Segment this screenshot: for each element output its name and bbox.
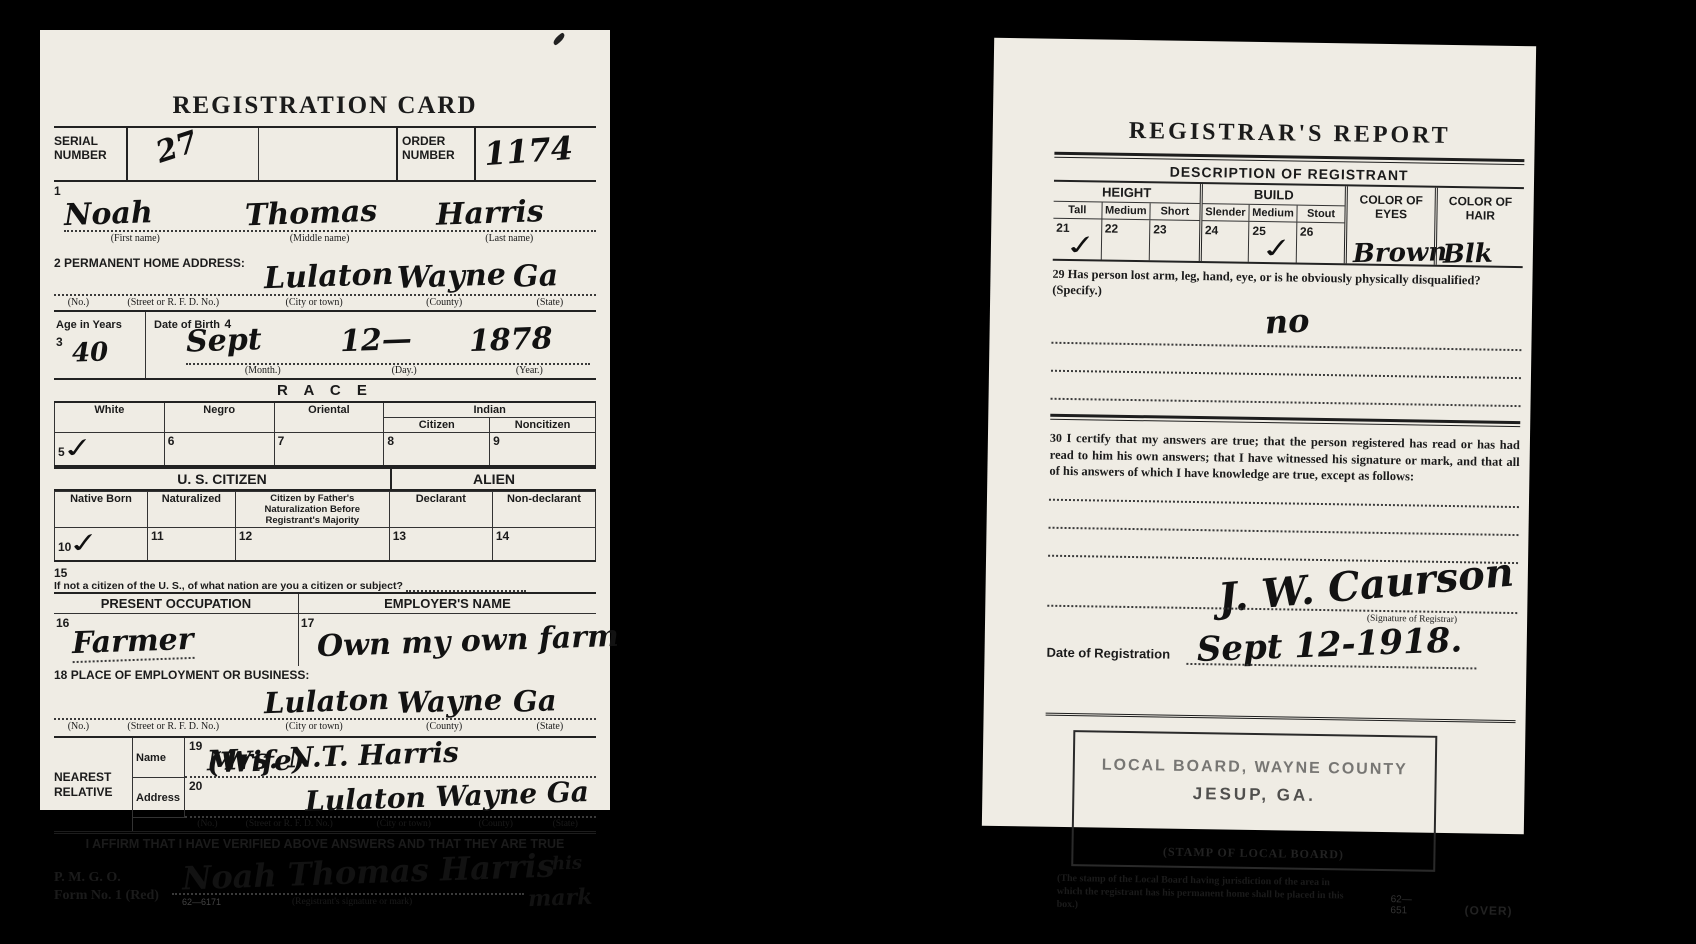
question-29: 29 Has person lost arm, leg, hand, eye, … [1052, 267, 1523, 346]
serial-number-label: SERIAL NUMBER [54, 128, 128, 180]
rule [1050, 414, 1520, 427]
serial-number-handwriting: 27 [152, 124, 203, 170]
declarant-header: Declarant [389, 492, 492, 528]
question-18-caption: 18 PLACE OF EMPLOYMENT OR BUSINESS: [54, 668, 596, 682]
year-label: (Year.) [469, 365, 590, 376]
employment-field-labels: (No.) (Street or R. F. D. No.) (City or … [54, 718, 596, 732]
stamp-section: LOCAL BOARD, WAYNE COUNTY JESUP, GA. (ST… [1043, 713, 1515, 873]
non-declarant-header: Non-declarant [492, 492, 595, 528]
relative-name-tag: Name [133, 738, 185, 778]
home-address-field: 2 PERMANENT HOME ADDRESS: Lulaton Wayne … [54, 248, 596, 294]
stamp-caption: (STAMP OF LOCAL BOARD) [1073, 843, 1433, 864]
race-white-cell: 5 ✓ [55, 433, 165, 467]
question-29-text: Has person lost arm, leg, hand, eye, or … [1068, 267, 1481, 287]
slender-header: Slender [1202, 204, 1250, 221]
relative-address-labels: (No.) (Street or R. F. D. No.) (City or … [133, 818, 596, 831]
description-table: HEIGHT Tall Medium Short 21 ✓ 22 23 BUIL… [1053, 182, 1524, 268]
age-cell: Age in Years 3 40 [54, 312, 146, 378]
mark-his-handwriting: his [552, 852, 583, 874]
tall-cell: 21 ✓ [1053, 219, 1102, 260]
dob-year-handwriting: 1878 [468, 320, 590, 359]
registration-card: REGISTRATION CARD SERIAL NUMBER 27 ORDER… [40, 30, 610, 810]
race-oriental-header: Oriental [274, 402, 384, 433]
signature-line [172, 893, 524, 895]
race-negro-cell: 6 [164, 433, 274, 467]
employer-handwriting: Own my own farm [316, 619, 619, 665]
short-header: Short [1150, 203, 1199, 220]
relative-address-tag: Address [133, 778, 185, 818]
form-number-label: Form No. 1 (Red) [54, 888, 159, 903]
local-board-stamp-box: LOCAL BOARD, WAYNE COUNTY JESUP, GA. (ST… [1071, 730, 1437, 872]
day-label: (Day.) [340, 365, 469, 376]
employment-state-handwriting: Ga [512, 683, 557, 718]
race-negro-header: Negro [164, 402, 274, 433]
mark-word-handwriting: mark [527, 884, 592, 912]
us-citizen-header: U. S. CITIZEN [54, 469, 392, 489]
stamp-footnote: (The stamp of the Local Board having jur… [1057, 872, 1355, 916]
question-18-number: 18 [54, 668, 67, 682]
question-30: 30 I certify that my answers are true; t… [1049, 430, 1520, 486]
his-mark-block: his mark [534, 853, 596, 917]
registrars-report-title: REGISTRAR'S REPORT [1055, 117, 1525, 151]
hair-color-handwriting: Blk [1442, 239, 1492, 270]
report-form-number: 62—651 [1390, 894, 1424, 917]
order-number-handwriting: 1174 [483, 129, 574, 173]
name-field-labels: (First name) (Middle name) (Last name) [54, 233, 596, 244]
month-label: (Month.) [186, 365, 340, 376]
middle-name-handwriting: Thomas [244, 192, 437, 234]
age-number: 3 [56, 335, 63, 349]
color-of-hair-group: COLOR OF HAIR Blk [1433, 188, 1523, 266]
order-number-value: 1174 [476, 128, 596, 180]
build-group: BUILD Slender Medium Stout 24 25 ✓ 26 [1198, 184, 1345, 263]
build-header: BUILD [1202, 184, 1345, 206]
occupation-band: PRESENT OCCUPATION EMPLOYER'S NAME [54, 592, 596, 614]
checkmark-icon: ✓ [66, 526, 103, 560]
race-indian-header: Indian [384, 402, 596, 418]
address-state-handwriting: Ga [512, 258, 558, 295]
dob-cell: Date of Birth 4 Sept 12— 1878 (Month.) (… [146, 312, 596, 378]
signature-row: P. M. G. O. Form No. 1 (Red) Noah Thomas… [54, 853, 596, 917]
registrant-signature-block: Noah Thomas Harris 62—6171 (Registrant's… [172, 853, 534, 917]
employer-cell: 17 Own my own farm [299, 614, 596, 666]
short-cell: 23 [1150, 220, 1199, 261]
occupation-cell: 16 Farmer [54, 614, 299, 666]
first-name-label: (First name) [54, 233, 217, 244]
question-29-answer-handwriting: no [1263, 300, 1310, 342]
question-30-text: I certify that my answers are true; that… [1049, 431, 1520, 483]
question-29-number: 29 [1052, 267, 1064, 281]
home-address-label: PERMANENT HOME ADDRESS: [64, 256, 245, 270]
age-handwriting: 40 [71, 337, 108, 368]
question-15-number: 15 [54, 566, 67, 580]
stamp-line-1: LOCAL BOARD, WAYNE COUNTY [1075, 756, 1435, 780]
build-medium-header: Medium [1250, 205, 1298, 222]
height-group: HEIGHT Tall Medium Short 21 ✓ 22 23 [1053, 182, 1200, 261]
over-label: (OVER) [1464, 904, 1512, 919]
employers-name-header: EMPLOYER'S NAME [299, 594, 596, 613]
age-dob-row: Age in Years 3 40 Date of Birth 4 Sept 1… [54, 310, 596, 380]
occupation-number: 16 [56, 616, 69, 630]
question-15-blank [406, 590, 526, 592]
registrars-report-card: REGISTRAR'S REPORT DESCRIPTION OF REGIST… [982, 38, 1536, 834]
naturalized-cell: 11 [147, 528, 235, 562]
height-medium-cell: 22 [1101, 220, 1150, 261]
field-20-number: 20 [189, 779, 202, 793]
father-naturalization-cell: 12 [235, 528, 389, 562]
label-street: (Street or R. F. D. No.) [103, 297, 244, 308]
build-medium-cell: 25 ✓ [1249, 222, 1297, 263]
registrant-signature-handwriting: Noah Thomas Harris [181, 847, 555, 898]
occupation-handwriting: Farmer [71, 622, 194, 663]
checkmark-icon: ✓ [59, 431, 96, 465]
naturalized-header: Naturalized [147, 492, 235, 528]
first-name-handwriting: Noah [63, 192, 245, 233]
race-indian-noncitizen-header: Noncitizen [490, 418, 596, 433]
field-2-number: 2 [54, 256, 61, 270]
label-city: (City or town) [244, 297, 385, 308]
place-of-employment-label: PLACE OF EMPLOYMENT OR BUSINESS: [71, 668, 310, 682]
field-1-number: 1 [54, 184, 61, 198]
address-county-handwriting: Wayne [396, 257, 513, 296]
question-29-specify: (Specify.) [1052, 282, 1102, 297]
employment-city-handwriting: Lulaton [263, 682, 397, 721]
question-30-number: 30 [1050, 431, 1062, 445]
tall-header: Tall [1053, 202, 1102, 219]
checkmark-icon: ✓ [1063, 228, 1100, 262]
height-medium-header: Medium [1102, 203, 1151, 220]
middle-name-label: (Middle name) [217, 233, 423, 244]
blank-line [1051, 372, 1521, 407]
citizen-alien-band: U. S. CITIZEN ALIEN [54, 467, 596, 491]
pmgo-label: P. M. G. O. [54, 870, 121, 885]
label-county: (County) [385, 297, 504, 308]
name-field: 1 Noah Thomas Harris [54, 182, 596, 232]
relative-relation-handwriting: (Wife) [207, 733, 587, 779]
stout-header: Stout [1297, 206, 1345, 223]
race-noncitizen-cell: 9 [490, 433, 596, 467]
stamp-line-2: JESUP, GA. [1074, 782, 1434, 808]
ink-mark [552, 32, 567, 46]
address-city-handwriting: Lulaton [263, 257, 397, 297]
race-header: R A C E [54, 380, 596, 401]
stout-cell: 26 [1297, 223, 1345, 264]
race-white-header: White [55, 402, 165, 433]
color-of-eyes-group: COLOR OF EYES Brown [1344, 186, 1434, 264]
field-19-number: 19 [189, 739, 202, 753]
present-occupation-header: PRESENT OCCUPATION [54, 594, 299, 613]
race-table: White Negro Oriental Indian Citizen Nonc… [54, 401, 596, 467]
age-label: Age in Years [56, 319, 122, 331]
order-number-label: ORDER NUMBER [396, 128, 476, 180]
non-declarant-cell: 14 [492, 528, 595, 562]
scan-background: REGISTRATION CARD SERIAL NUMBER 27 ORDER… [0, 0, 1696, 944]
nearest-relative-label: NEAREST RELATIVE [54, 738, 133, 831]
father-naturalization-header: Citizen by Father's Naturalization Befor… [235, 492, 389, 528]
serial-order-row: SERIAL NUMBER 27 ORDER NUMBER 1174 [54, 126, 596, 182]
date-of-registration-label: Date of Registration [1046, 645, 1170, 662]
slender-cell: 24 [1201, 221, 1249, 262]
serial-number-value: 27 [128, 128, 259, 180]
race-citizen-cell: 8 [384, 433, 490, 467]
relative-address-field: 20 Lulaton Wayne Ga [185, 778, 596, 818]
relative-name-field: 19 Mrs. N.T. Harris (Wife) [185, 738, 596, 778]
form-small-number: 62—6171 [182, 897, 221, 907]
label-state: (State) [504, 297, 596, 308]
registrant-signature-label: (Registrant's signature or mark) [292, 897, 412, 907]
employer-number: 17 [301, 616, 314, 630]
alien-header: ALIEN [392, 469, 596, 489]
serial-spacer [259, 128, 396, 180]
relative-address-handwriting: Lulaton Wayne Ga [305, 775, 590, 818]
citizenship-table: Native Born Naturalized Citizen by Fathe… [54, 491, 596, 562]
label-no: (No.) [54, 297, 103, 308]
form-id-block: P. M. G. O. Form No. 1 (Red) [54, 853, 172, 917]
native-born-cell: 10 ✓ [55, 528, 148, 562]
nearest-relative-block: NEAREST RELATIVE Name 19 Mrs. N.T. Harri… [54, 736, 596, 831]
report-footer: (The stamp of the Local Board having jur… [1043, 872, 1514, 918]
date-of-registration-block: Date of Registration Sept 12-1918. [1046, 627, 1517, 686]
color-of-hair-header: COLOR OF HAIR [1437, 188, 1524, 224]
address-field-labels: (No.) (Street or R. F. D. No.) (City or … [54, 294, 596, 308]
last-name-label: (Last name) [423, 233, 596, 244]
declarant-cell: 13 [389, 528, 492, 562]
registration-date-handwriting: Sept 12-1918. [1196, 621, 1463, 671]
checkmark-icon: ✓ [1259, 231, 1296, 265]
occupation-values: 16 Farmer 17 Own my own farm [54, 614, 596, 666]
native-born-header: Native Born [55, 492, 148, 528]
registration-card-title: REGISTRATION CARD [54, 92, 596, 120]
question-15-text: If not a citizen of the U. S., of what n… [54, 580, 403, 592]
dob-month-handwriting: Sept [185, 319, 340, 359]
question-15: 15 If not a citizen of the U. S., of wha… [54, 566, 596, 592]
place-of-employment-field: Lulaton Wayne Ga [54, 682, 596, 718]
employment-county-handwriting: Wayne [396, 682, 513, 720]
height-header: HEIGHT [1054, 182, 1200, 204]
race-indian-citizen-header: Citizen [384, 418, 490, 433]
race-oriental-cell: 7 [274, 433, 384, 467]
color-of-eyes-header: COLOR OF EYES [1348, 186, 1435, 222]
last-name-handwriting: Harris [436, 192, 597, 233]
dob-day-handwriting: 12— [339, 320, 469, 359]
